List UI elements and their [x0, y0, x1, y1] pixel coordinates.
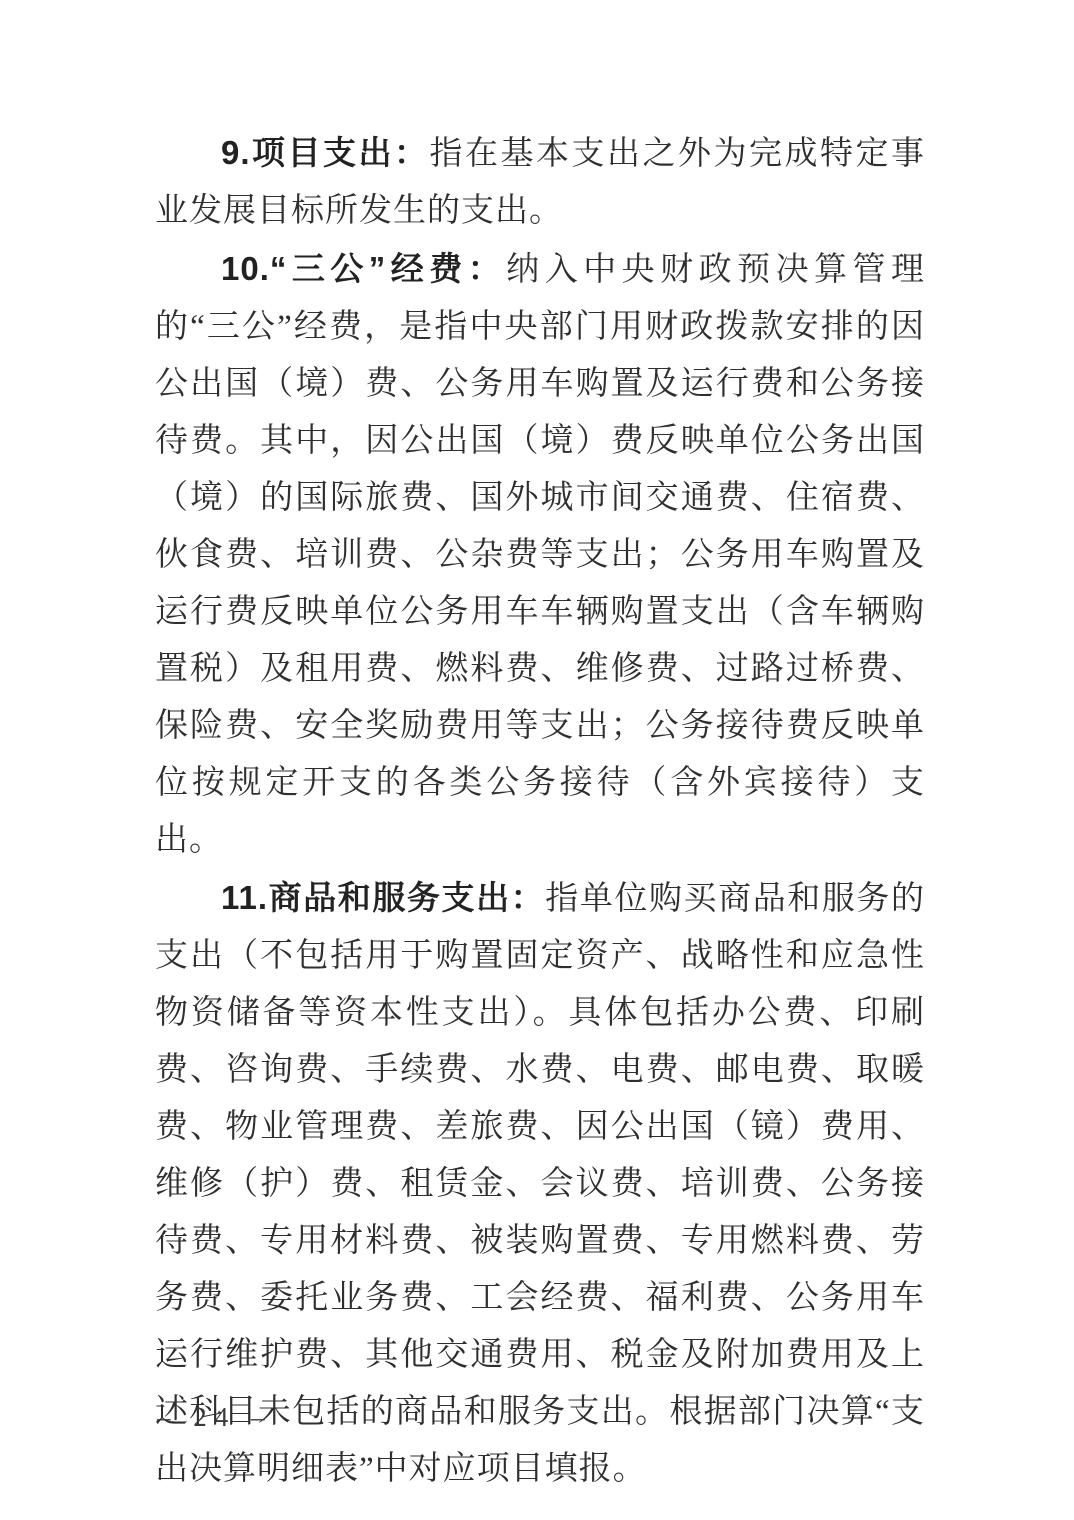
term-label-10: 10.“三公”经费：	[221, 250, 506, 287]
document-page: 9.项目支出：指在基本支出之外为完成特定事业发展目标所发生的支出。 10.“三公…	[0, 0, 1074, 1520]
paragraph-item-9: 9.项目支出：指在基本支出之外为完成特定事业发展目标所发生的支出。	[155, 124, 925, 240]
term-definition-10: 纳入中央财政预决算管理的“三公”经费，是指中央部门用财政拨款安排的因公出国（境）…	[155, 252, 925, 858]
paragraph-item-10: 10.“三公”经费：纳入中央财政预决算管理的“三公”经费，是指中央部门用财政拨款…	[155, 240, 925, 869]
document-body: 9.项目支出：指在基本支出之外为完成特定事业发展目标所发生的支出。 10.“三公…	[155, 124, 925, 1498]
term-label-9: 9.项目支出：	[221, 134, 430, 171]
term-definition-11: 指单位购买商品和服务的支出（不包括用于购置固定资产、战略性和应急性物资储备等资本…	[155, 881, 925, 1487]
term-label-11: 11.商品和服务支出：	[221, 879, 545, 916]
page-number: – 24 –	[157, 1402, 273, 1433]
